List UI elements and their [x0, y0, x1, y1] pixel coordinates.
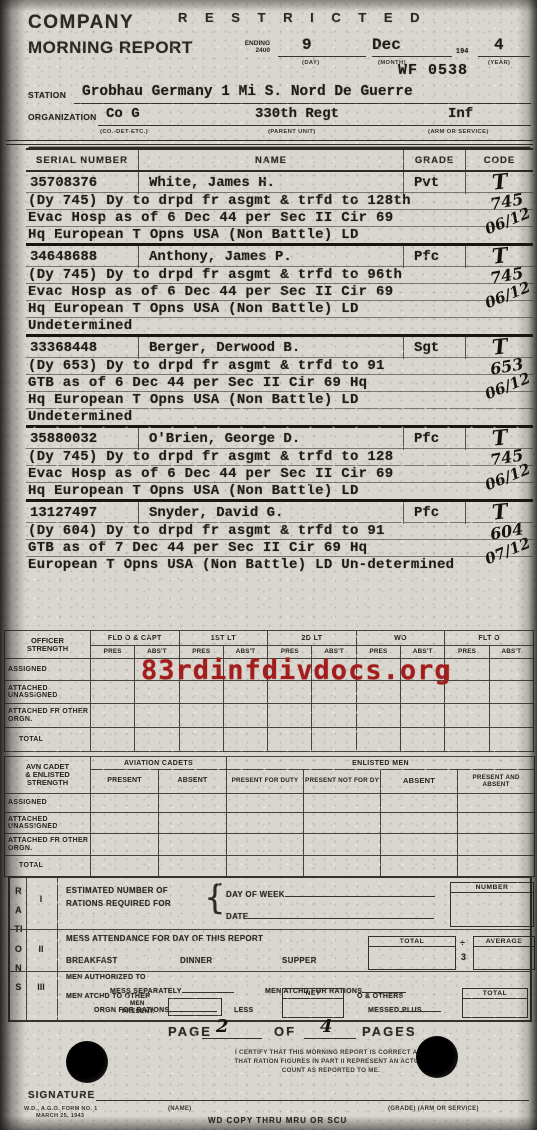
morning-report-scan: COMPANY R E S T R I C T E D MORNING REPO…: [0, 0, 537, 1130]
men-atchd-other-label: MEN ATCHD TO OTHER: [66, 993, 151, 1000]
punch-hole-right: [416, 1036, 458, 1078]
dinner-label: DINNER: [180, 956, 212, 965]
officer-strength-table: OFFICER STRENGTH FLD O & CAPT 1ST LT 2D …: [4, 630, 534, 752]
soldier-grade: Pfc: [414, 249, 439, 265]
strength-cell: [356, 704, 400, 728]
strength-cell: [401, 704, 445, 728]
name-sublabel: (NAME): [168, 1106, 191, 1113]
roster-table: SERIAL NUMBER NAME GRADE CODE 35708376 W…: [0, 148, 537, 573]
title-line: STRENGTH: [6, 645, 89, 653]
strength-cell: [445, 704, 489, 728]
part-i-numeral: I: [26, 894, 56, 904]
soldier-grade: Pvt: [414, 175, 439, 191]
strength-cell: [381, 856, 458, 877]
remark-line: Hq European T Opns USA (Non Battle) LD: [26, 483, 359, 499]
ending-label: ENDING 2400: [234, 40, 270, 54]
strength-cell: [179, 704, 223, 728]
number-box: NUMBER: [450, 882, 534, 927]
strength-cell: [312, 728, 356, 752]
grade-arm-sublabel: (GRADE) (ARM OR SERVICE): [388, 1106, 479, 1113]
row-attached-fr-other: ATTACHED FR OTHER ORGN.: [5, 704, 91, 728]
net-box: NET: [282, 988, 344, 1018]
strength-cell: [489, 681, 533, 704]
roster-entry: 13127497 Snyder, David G. Pfc T (Dy 604)…: [26, 502, 533, 573]
wf-stamp: WF 0538: [398, 62, 468, 79]
strength-cell: [223, 728, 267, 752]
strength-cell: [381, 834, 458, 856]
subcol-av-present: PRESENT: [91, 770, 159, 794]
strength-cell: [312, 704, 356, 728]
strength-cell: [227, 856, 304, 877]
rations-section: RATIONS I II III ESTIMATED NUMBER OF RAT…: [8, 876, 532, 1022]
strength-cell: [489, 659, 533, 681]
plus-label: PLUS: [402, 1007, 422, 1014]
divide-by-three: 3: [461, 952, 466, 962]
remark-line: Evac Hosp as of 6 Dec 44 per Sec II Cir …: [26, 284, 393, 300]
remark-line: (Dy 653) Dy to drpd fr asgmt & trfd to 9…: [26, 358, 385, 374]
double-rule: [6, 140, 533, 145]
date-text: DATE: [226, 912, 248, 921]
strength-cell: [159, 794, 227, 813]
part-iii-numeral: III: [26, 982, 56, 992]
breakfast-label: BREAKFAST: [66, 956, 118, 965]
org-parent-sublabel: (PARENT UNIT): [268, 129, 316, 135]
strength-cell: [227, 834, 304, 856]
page-label: PAGE: [168, 1024, 212, 1039]
mess-attendance-title: MESS ATTENDANCE FOR DAY OF THIS REPORT: [66, 934, 263, 943]
remark-line: Hq European T Opns USA (Non Battle) LD: [26, 301, 359, 317]
soldier-name: White, James H.: [149, 175, 275, 191]
subcol-pres: PRES: [91, 646, 135, 659]
strength-cell: [458, 856, 535, 877]
strength-cell: [445, 728, 489, 752]
group-aviation-cadets: AVIATION CADETS: [91, 757, 227, 770]
roster-entry: 35708376 White, James H. Pvt T (Dy 745) …: [26, 172, 533, 246]
org-unit-sublabel: (CO.-DET-ETC.): [100, 129, 148, 135]
soldier-grade: Pfc: [414, 431, 439, 447]
soldier-name: Anthony, James P.: [149, 249, 292, 265]
strength-cell: [91, 794, 159, 813]
remark-line: GTB as of 7 Dec 44 per Sec II Cir 69 Hq: [26, 540, 367, 556]
rations-side-label: RATIONS: [13, 882, 24, 997]
org-arm-value: Inf: [448, 106, 473, 122]
strength-cell: [489, 704, 533, 728]
remark-line: Undetermined: [26, 409, 132, 425]
soldier-serial: 34648688: [26, 249, 138, 265]
form-number-line2: MARCH 25, 1943: [24, 1113, 98, 1120]
enlisted-strength-table: AVN CADET & ENLISTED STRENGTH AVIATION C…: [4, 756, 535, 877]
rations-divider: [10, 929, 530, 930]
year-prefix: 194: [456, 48, 469, 55]
roster-entry: 35880032 O'Brien, George D. Pfc T (Dy 74…: [26, 428, 533, 502]
signature-label: SIGNATURE: [28, 1090, 95, 1101]
certification-text: I CERTIFY THAT THIS MORNING REPORT IS CO…: [218, 1048, 444, 1075]
col-serial-number: SERIAL NUMBER: [26, 155, 138, 166]
station-label: STATION: [28, 90, 66, 100]
organization-label: ORGANIZATION: [28, 112, 97, 122]
row-attached-unassigned: ATTACHED UNASSIGNED: [5, 681, 91, 704]
strength-cell: [381, 813, 458, 834]
code-handwritten: T: [491, 333, 509, 359]
strength-cell: [91, 834, 159, 856]
strength-cell: [268, 728, 312, 752]
strength-cell: [356, 728, 400, 752]
row-attached-fr-other: ATTACHED FR OTHER ORGN.: [5, 834, 91, 856]
net-box-label: NET: [283, 989, 343, 999]
soldier-serial: 35708376: [26, 175, 138, 191]
part-ii-numeral: II: [26, 944, 56, 954]
form-header: COMPANY R E S T R I C T E D MORNING REPO…: [0, 0, 537, 148]
total-box-iii-label: TOTAL: [463, 989, 527, 999]
soldier-name: Snyder, David G.: [149, 505, 283, 521]
group-1st-lt: 1ST LT: [179, 631, 268, 646]
date-blank: [248, 909, 434, 919]
strength-cell: [458, 813, 535, 834]
divide-sign: ÷: [460, 938, 465, 948]
soldier-serial: 35880032: [26, 431, 138, 447]
rations-i-label1: ESTIMATED NUMBER OF: [66, 886, 168, 895]
certify-line: COUNT AS REPORTED TO ME.: [218, 1066, 444, 1075]
number-box-label: NUMBER: [451, 883, 533, 893]
soldier-serial: 33368448: [26, 340, 138, 356]
subcol-present-and-absent: PRESENT AND ABSENT: [458, 770, 535, 794]
soldier-grade: Sgt: [414, 340, 439, 356]
subcol-abst: ABS'T: [489, 646, 533, 659]
signature-block: SIGNATURE W.D., A.G.O. FORM NO. 1 MARCH …: [0, 1088, 537, 1130]
strength-cell: [489, 728, 533, 752]
date-day-value: 9: [302, 36, 312, 54]
remark-line: Hq European T Opns USA (Non Battle) LD: [26, 392, 359, 408]
group-wo: WO: [356, 631, 445, 646]
strength-cell: [458, 794, 535, 813]
strength-cell: [401, 728, 445, 752]
strength-cell: [304, 813, 381, 834]
day-of-week-blank: [285, 887, 435, 897]
enlisted-strength-title: AVN CADET & ENLISTED STRENGTH: [5, 757, 91, 794]
strength-cell: [381, 794, 458, 813]
classification-stamp: R E S T R I C T E D: [178, 10, 427, 25]
year-sublabel: (YEAR): [488, 60, 510, 66]
date-label: DATE: [226, 909, 434, 921]
men-present-box: [168, 998, 222, 1016]
remark-line: (Dy 745) Dy to drpd fr asgmt & trfd to 1…: [26, 449, 393, 465]
remark-line: (Dy 745) Dy to drpd fr asgmt & trfd to 1…: [26, 193, 411, 209]
rations-i-label2: RATIONS REQUIRED FOR: [66, 899, 171, 908]
strength-cell: [304, 794, 381, 813]
strength-cell: [227, 813, 304, 834]
day-of-week-label: DAY OF WEEK: [226, 887, 435, 899]
certify-line: THAT RATION FIGURES IN PART II REPRESENT…: [218, 1057, 444, 1066]
soldier-name: O'Brien, George D.: [149, 431, 300, 447]
group-enlisted-men: ENLISTED MEN: [227, 757, 535, 770]
strength-cell: [268, 704, 312, 728]
code-handwritten: T: [491, 424, 509, 450]
subcol-av-absent: ABSENT: [159, 770, 227, 794]
men-authorized-label: MEN AUTHORIZED TO: [66, 974, 146, 981]
less-label: LESS: [234, 1007, 253, 1014]
strength-cell: [304, 834, 381, 856]
strength-cell: [135, 728, 179, 752]
punch-hole-left: [66, 1041, 108, 1083]
group-fldo-capt: FLD O & CAPT: [91, 631, 180, 646]
routing-note: WD COPY THRU MRU OR SCU: [208, 1116, 347, 1125]
o-and-others-label: O & OTHERS: [357, 993, 404, 1000]
remark-line: Undetermined: [26, 318, 132, 334]
officer-strength-section: OFFICER STRENGTH FLD O & CAPT 1ST LT 2D …: [0, 630, 537, 752]
average-box: AVERAGE: [473, 936, 535, 970]
soldier-name: Berger, Derwood B.: [149, 340, 300, 356]
strength-cell: [91, 681, 135, 704]
total-box: TOTAL: [368, 936, 456, 970]
strength-cell: [227, 794, 304, 813]
row-total: TOTAL: [5, 728, 91, 752]
remark-line: (Dy 604) Dy to drpd fr asgmt & trfd to 9…: [26, 523, 385, 539]
group-2d-lt: 2D LT: [268, 631, 357, 646]
col-code: CODE: [465, 150, 533, 170]
messed-text: MESSED: [368, 1007, 399, 1014]
subcol-absent: ABSENT: [381, 770, 458, 794]
row-attached-unassigned: ATTACHED UNASSIGNED: [5, 813, 91, 834]
strength-cell: [91, 704, 135, 728]
average-box-label: AVERAGE: [474, 937, 534, 947]
brace-glyph: {: [204, 878, 226, 918]
enlisted-strength-section: AVN CADET & ENLISTED STRENGTH AVIATION C…: [0, 756, 537, 877]
form-number-line1: W.D., A.G.O. FORM NO. 1: [24, 1106, 98, 1113]
code-handwritten: T: [491, 168, 509, 194]
strength-cell: [159, 856, 227, 877]
rations-divider: [10, 971, 530, 972]
strength-cell: [91, 728, 135, 752]
subcol-present-for-duty: PRESENT FOR DUTY: [227, 770, 304, 794]
strength-cell: [91, 813, 159, 834]
code-handwritten: T: [491, 242, 509, 268]
strength-cell: [135, 704, 179, 728]
row-assigned: ASSIGNED: [5, 659, 91, 681]
org-unit-value: Co G: [106, 106, 140, 122]
date-month-value: Dec: [372, 36, 401, 54]
roster-entry: 34648688 Anthony, James P. Pfc T (Dy 745…: [26, 246, 533, 337]
strength-cell: [223, 704, 267, 728]
day-sublabel: (DAY): [302, 60, 320, 66]
form-title-line1: COMPANY: [28, 12, 134, 34]
pages-label: PAGES: [362, 1024, 417, 1039]
remark-line: Hq European T Opns USA (Non Battle) LD: [26, 227, 359, 243]
strength-cell: [159, 813, 227, 834]
soldier-serial: 13127497: [26, 505, 138, 521]
strength-cell: [304, 856, 381, 877]
soldier-grade: Pfc: [414, 505, 439, 521]
roster-header-row: SERIAL NUMBER NAME GRADE CODE: [26, 148, 533, 172]
strength-cell: [458, 834, 535, 856]
day-of-week-text: DAY OF WEEK: [226, 890, 285, 899]
supper-label: SUPPER: [282, 956, 317, 965]
remark-line: Evac Hosp as of 6 Dec 44 per Sec II Cir …: [26, 466, 393, 482]
total-box-iii: TOTAL: [462, 988, 528, 1018]
group-flt-o: FLT O: [445, 631, 534, 646]
code-handwritten: T: [491, 498, 509, 524]
total-box-label: TOTAL: [369, 937, 455, 947]
strength-cell: [91, 659, 135, 681]
row-total: TOTAL: [5, 856, 91, 877]
roster-entry: 33368448 Berger, Derwood B. Sgt T (Dy 65…: [26, 337, 533, 428]
date-year-value: 4: [494, 36, 504, 54]
station-value: Grobhau Germany 1 Mi S. Nord De Guerre: [82, 84, 413, 100]
page-number-handwritten: 2: [216, 1016, 229, 1037]
strength-cell: [159, 834, 227, 856]
strength-cell: [179, 728, 223, 752]
men-present-label-2: PRESENT:: [122, 1008, 155, 1015]
col-grade: GRADE: [403, 150, 465, 170]
mess-separately-blank: [182, 983, 234, 993]
strength-cell: [91, 856, 159, 877]
of-label: OF: [274, 1024, 296, 1039]
title-line: STRENGTH: [6, 779, 89, 787]
form-title-line2: MORNING REPORT: [28, 38, 193, 58]
org-parent-value: 330th Regt: [255, 106, 339, 122]
ending-label-bottom: 2400: [256, 47, 270, 54]
men-atchd-rations-blank: [362, 983, 406, 993]
certify-line: I CERTIFY THAT THIS MORNING REPORT IS CO…: [218, 1048, 444, 1057]
org-arm-sublabel: (ARM OR SERVICE): [428, 129, 489, 135]
row-assigned: ASSIGNED: [5, 794, 91, 813]
site-watermark: 83rdinfdivdocs.org: [141, 655, 452, 686]
remark-line: (Dy 745) Dy to drpd fr asgmt & trfd to 9…: [26, 267, 402, 283]
col-name: NAME: [138, 150, 403, 170]
form-number: W.D., A.G.O. FORM NO. 1 MARCH 25, 1943: [24, 1106, 98, 1120]
subcol-present-not-for-dy: PRESENT NOT FOR DY: [304, 770, 381, 794]
remark-line: Evac Hosp as of 6 Dec 44 per Sec II Cir …: [26, 210, 393, 226]
remark-line: European T Opns USA (Non Battle) LD Un-d…: [26, 557, 454, 573]
remark-line: GTB as of 6 Dec 44 per Sec II Cir 69 Hq: [26, 375, 367, 391]
pages-total-handwritten: 4: [320, 1016, 333, 1037]
officer-strength-title: OFFICER STRENGTH: [5, 631, 91, 659]
men-present-label-1: MEN: [130, 1000, 145, 1007]
ending-label-top: ENDING: [245, 40, 270, 47]
